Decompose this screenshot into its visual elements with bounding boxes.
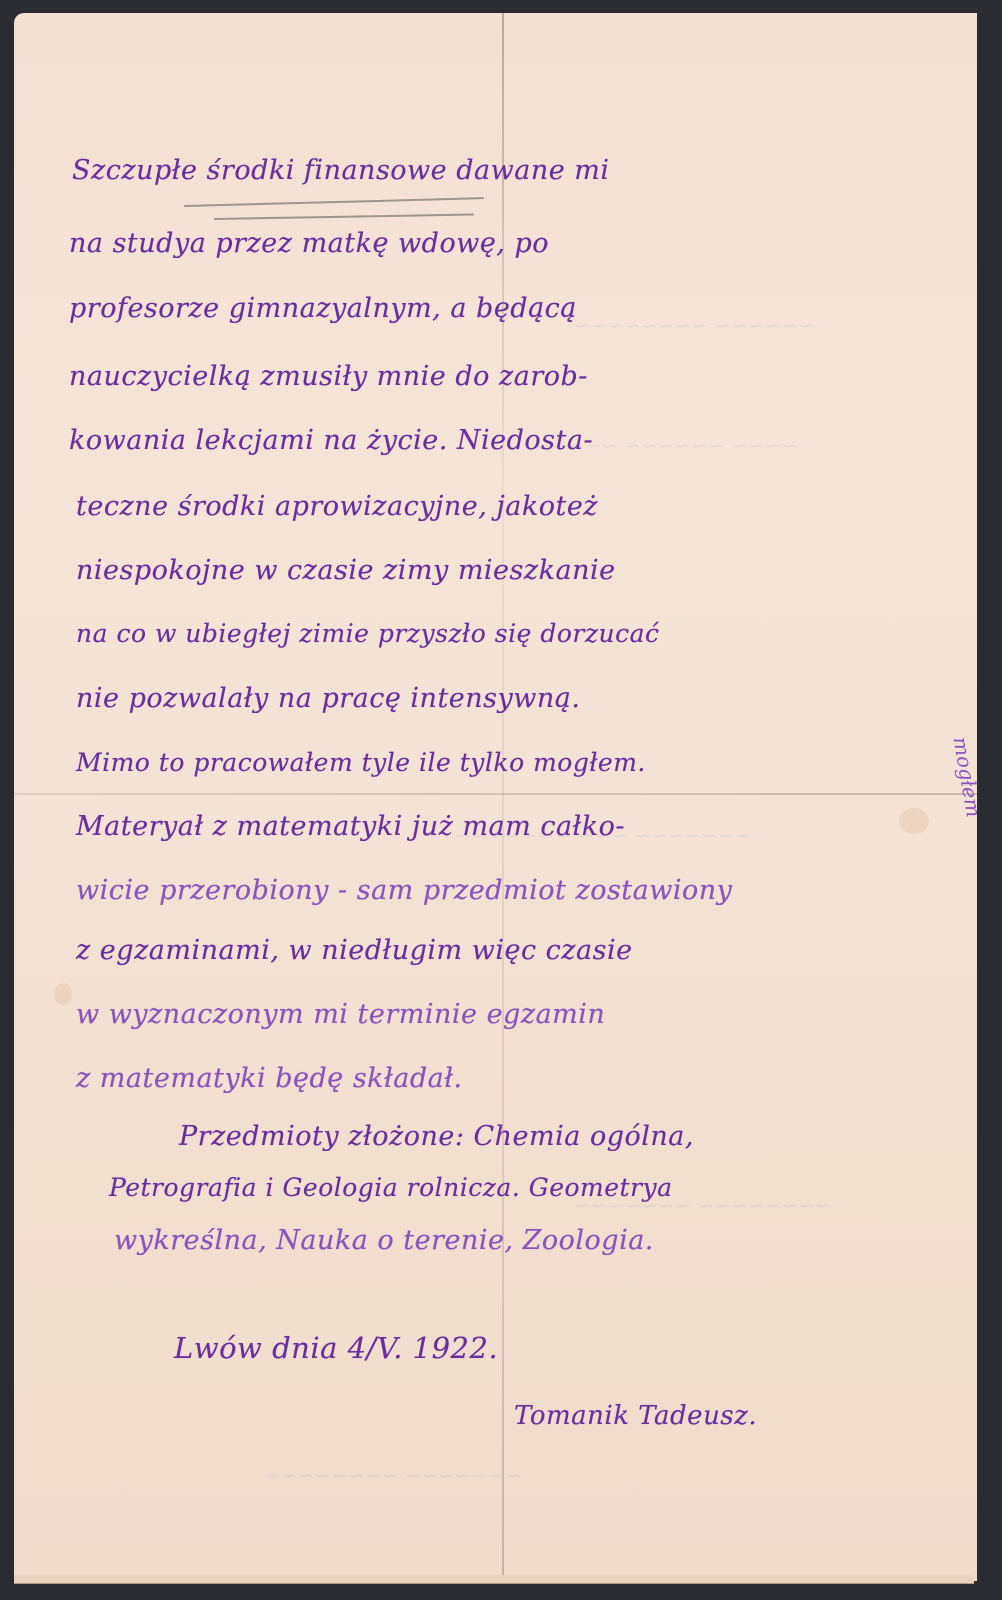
letter-line-10: Mimo to pracowałem tyle ile tylko mogłem… bbox=[76, 748, 646, 777]
letter-line-6: teczne środki aprowizacyjne, jakoteż bbox=[76, 491, 598, 522]
letter-line-3: profesorze gimnazyalnym, a będącą bbox=[69, 293, 577, 324]
letter-line-9: nie pozwalały na pracę intensywną. bbox=[76, 683, 580, 714]
subjects-line-3: wykreślna, Nauka o terenie, Zoologia. bbox=[114, 1225, 654, 1256]
ink-bleed-through: ~~~~~~~ ~~~~~~~~ bbox=[264, 1463, 522, 1487]
paper-stain bbox=[899, 808, 929, 834]
letter-line-4: nauczycielką zmusiły mnie do zarob- bbox=[69, 361, 588, 392]
letter-line-1: Szczupłe środki finansowe dawane mi bbox=[72, 155, 610, 186]
letter-page: ~~~~~~ ~~~~~~~~ ~~~~ ~~~~~~ ~~~~~ ~~~~~~… bbox=[14, 13, 977, 1581]
pencil-underline bbox=[184, 197, 484, 207]
letter-line-13: z egzaminami, w niedługim więc czasie bbox=[76, 935, 633, 966]
letter-line-15: z matematyki będę składał. bbox=[76, 1063, 463, 1094]
ink-bleed-through: ~~~~~~ ~~~~~~~~ bbox=[574, 313, 815, 337]
letter-line-12: wicie przerobiony - sam przedmiot zostaw… bbox=[76, 875, 732, 906]
letter-line-11: Materyał z matematyki już mam całko- bbox=[76, 811, 625, 842]
subjects-line-2: Petrografia i Geologia rolnicza. Geometr… bbox=[109, 1173, 673, 1202]
letter-line-5: kowania lekcjami na życie. Niedosta- bbox=[69, 425, 593, 456]
paper-stain bbox=[54, 983, 72, 1005]
letter-line-2: na studya przez matkę wdowę, po bbox=[69, 228, 549, 259]
letter-line-14: w wyznaczonym mi terminie egzamin bbox=[76, 999, 605, 1030]
signature: Tomanik Tadeusz. bbox=[514, 1401, 757, 1431]
letter-line-7: niespokojne w czasie zimy mieszkanie bbox=[76, 555, 616, 586]
subjects-line-1: Przedmioty złożone: Chemia ogólna, bbox=[179, 1121, 694, 1152]
underlying-sheet-edge bbox=[14, 1575, 974, 1584]
horizontal-fold-crease bbox=[14, 793, 977, 795]
letter-line-8: na co w ubiegłej zimie przyszło się dorz… bbox=[76, 619, 660, 648]
place-date: Lwów dnia 4/V. 1922. bbox=[174, 1331, 498, 1365]
pencil-underline bbox=[214, 213, 474, 220]
